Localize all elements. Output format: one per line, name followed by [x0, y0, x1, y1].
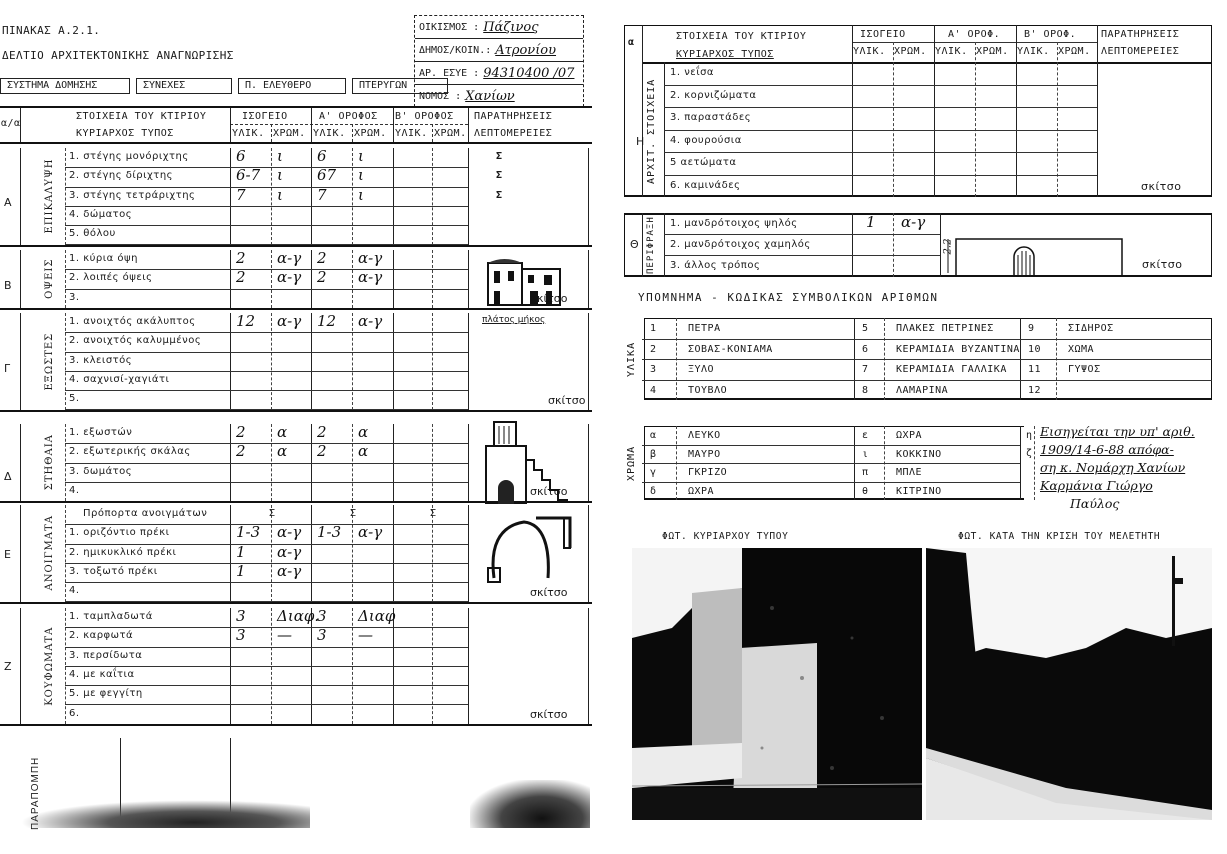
table-row: 4. με καΐτια — [65, 666, 468, 685]
table-row: 1. οριζόντιο πρέκι1-3α-γ1-3α-γ — [65, 524, 468, 543]
table-row: 2. ανοιχτός καλυμμένος — [65, 332, 468, 351]
legend-code: θ — [862, 486, 869, 497]
row-label: 4. — [69, 585, 80, 596]
divider — [468, 313, 469, 410]
table-row: 2. στέγης δίριχτης6-7ι67ιΣ — [65, 167, 468, 186]
row-label: 5. — [69, 393, 80, 404]
material-subheader: ΥΛΙΚ. — [313, 128, 346, 139]
municipality-field: ΔΗΜΟΣ/ΚΟΙΝ.:Ατρονίου — [415, 39, 583, 62]
divider — [588, 505, 589, 602]
color-subheader: ΧΡΩΜ. — [976, 46, 1009, 57]
color-code-cell[interactable]: α-γ — [358, 268, 382, 286]
divider — [642, 445, 1020, 446]
color-subheader: ΧΡΩΜ. — [354, 128, 387, 139]
material-code-cell[interactable]: 2 — [236, 423, 246, 441]
table-row: 2. εξωτερικής σκάλας2α2α — [65, 443, 468, 462]
sketch-label: σκίτσο — [548, 394, 586, 407]
material-subheader: ΥΛΙΚ. — [232, 128, 265, 139]
divider — [468, 148, 469, 245]
divider — [311, 108, 312, 142]
table-row: 3. κλειστός — [65, 352, 468, 371]
colors-group-label: ΧΡΩΜΑ — [626, 438, 637, 488]
material-code-cell[interactable]: 2 — [317, 423, 327, 441]
color-code-cell[interactable]: ι — [277, 166, 283, 184]
elements-header: ΣΤΟΙΧΕΙΑ ΤΟΥ ΚΤΙΡΙΟΥ — [676, 31, 806, 42]
row-label: 2. λοιπές όψεις — [69, 272, 153, 283]
row-label: 1. ανοιχτός ακάλυπτος — [69, 316, 196, 327]
openings-subheader: Πρόπορτα ανοιγμάτων — [83, 508, 207, 519]
legend-material-name: ΞΥΛΟ — [688, 364, 714, 375]
color-code-cell[interactable]: α-γ — [358, 523, 382, 541]
divider — [0, 106, 592, 108]
opening-arch-sketch — [484, 508, 574, 590]
material-code-cell[interactable]: 2 — [236, 442, 246, 460]
second-floor-header: Β' ΟΡΟΦΟΣ — [395, 111, 454, 122]
divider — [230, 108, 231, 142]
material-code-cell[interactable]: 1-3 — [236, 523, 260, 541]
row-label: 2. μανδρότοιχος χαμηλός — [670, 239, 811, 250]
handwritten-note-line: ση κ. Νομάρχη Χανίων — [1040, 460, 1185, 475]
divider — [20, 108, 21, 142]
section-letter: Θ — [630, 238, 639, 251]
divider — [393, 108, 394, 142]
divider — [271, 124, 272, 142]
right-page: αΣΤΟΙΧΕΙΑ ΤΟΥ ΚΤΙΡΙΟΥΚΥΡΙΑΡΧΟΣ ΤΥΠΟΣΙΣΟΓ… — [622, 0, 1227, 854]
legend-code: ζ — [1026, 448, 1033, 459]
details-header: ΛΕΠΤΟΜΕΡΕΙΕΣ — [1101, 46, 1179, 57]
legend-color-name: ΛΕΥΚΟ — [688, 430, 721, 441]
legend-material-name: ΣΟΒΑΣ-ΚΟΝΙΑΜΑ — [688, 344, 773, 355]
divider — [20, 313, 21, 410]
sketch-label: σκίτσο — [530, 708, 568, 721]
table-row: 2. καρφωτά3—3— — [65, 627, 468, 646]
first-floor-header: Α' ΟΡΟΦΟΣ — [319, 111, 378, 122]
legend-code: 3 — [650, 364, 657, 375]
facade-sketch — [484, 255, 564, 307]
legend-color-name: ΜΑΥΡΟ — [688, 449, 721, 460]
table-row: 3. στέγης τετράριχτης7ι7ιΣ — [65, 187, 468, 206]
material-code-cell[interactable]: 3 — [317, 626, 327, 644]
dominant-type-header: ΚΥΡΙΑΡΧΟΣ ΤΥΠΟΣ — [76, 128, 174, 139]
system-option-continuous[interactable]: ΣΥΝΕΧΕΣ — [136, 78, 232, 94]
legend-material-name: ΛΑΜΑΡΙΝΑ — [896, 385, 948, 396]
row-label: 1. ταμπλαδωτά — [69, 611, 153, 622]
color-code-cell[interactable]: α-γ — [277, 562, 301, 580]
legend-material-name: ΣΙΔΗΡΟΣ — [1068, 323, 1114, 334]
table-row: 2. μανδρότοιχος χαμηλός — [664, 234, 940, 255]
legend-title: ΥΠΟΜΝΗΜΑ - ΚΩΔΙΚΑΣ ΣΥΜΒΟΛΙΚΩΝ ΑΡΙΘΜΩΝ — [638, 291, 939, 304]
row-label: 6. — [69, 708, 80, 719]
esye-value: 94310400 /07 — [483, 66, 574, 81]
divider — [1097, 25, 1098, 197]
row-label: 6. καμινάδες — [670, 180, 741, 191]
row-label: 1. νεΐσα — [670, 67, 714, 78]
balcony-sketch — [484, 420, 574, 504]
wall-sketch — [942, 233, 1132, 277]
ao-header: α — [628, 37, 635, 48]
color-code-cell[interactable]: α — [277, 442, 287, 460]
settlement-label: ΟΙΚΙΣΜΟΣ : — [419, 22, 479, 33]
divider — [432, 124, 433, 142]
divider — [0, 410, 592, 412]
system-option-free[interactable]: Π. ΕΛΕΥΘΕΡΟ — [238, 78, 346, 94]
ao-header: α/α — [1, 118, 21, 129]
row-label: 1. εξωστών — [69, 427, 132, 438]
material-code-cell[interactable]: 67 — [317, 166, 336, 184]
row-label: 5. με φεγγίτη — [69, 688, 143, 699]
row-label: 4. φουρούσια — [670, 135, 742, 146]
row-label: 2. εξωτερικής σκάλας — [69, 446, 191, 457]
photo-researcher-choice — [926, 548, 1212, 820]
color-code-cell[interactable]: ι — [358, 186, 364, 204]
legend-code: ε — [862, 430, 869, 441]
row-label: 3. κλειστός — [69, 355, 132, 366]
material-code-cell[interactable]: 1-3 — [317, 523, 341, 541]
divider — [1034, 426, 1035, 500]
color-code-cell[interactable]: α-γ — [277, 523, 301, 541]
legend-code: π — [862, 467, 869, 478]
prefecture-value: Χανίων — [465, 89, 515, 104]
divider — [468, 505, 469, 602]
divider — [588, 250, 589, 308]
divider — [0, 308, 592, 310]
remark-mark: Σ — [496, 151, 503, 162]
legend-code: 8 — [862, 385, 869, 396]
first-floor-header: Α' ΟΡΟΦ. — [948, 29, 1000, 40]
photo-dominant-type — [632, 548, 922, 820]
table-row: 6. καμινάδες — [664, 175, 1097, 198]
material-subheader: ΥΛΙΚ. — [1017, 46, 1050, 57]
legend-code: 11 — [1028, 364, 1041, 375]
section-letter: Δ — [4, 470, 12, 483]
row-label: 3. — [69, 292, 80, 303]
color-code-cell[interactable]: Διαφ. — [277, 607, 319, 625]
material-code-cell[interactable]: 6-7 — [236, 166, 260, 184]
table-row: 4. δώματος — [65, 206, 468, 225]
divider — [20, 148, 21, 245]
table-row: 1. ταμπλαδωτά3Διαφ.3Διαφ — [65, 608, 468, 627]
remarks-header: ΠΑΡΑΤΗΡΗΣΕΙΣ — [1101, 29, 1179, 40]
material-code-cell[interactable]: 2 — [317, 249, 327, 267]
legend-code: 5 — [862, 323, 869, 334]
divider — [1020, 426, 1021, 500]
legend-color-name: ΓΚΡΙΖΟ — [688, 467, 727, 478]
row-label: 3. παραστάδες — [670, 112, 751, 123]
row-label: 4. δώματος — [69, 209, 132, 220]
row-label: 3. δωμάτος — [69, 466, 132, 477]
table-row: 5 αετώματα — [664, 152, 1097, 175]
section-group-label: ΑΝΟΙΓΜΑΤΑ — [44, 509, 55, 598]
divider — [642, 380, 1212, 381]
subheader-mark: Σ — [350, 508, 357, 519]
row-label: 1. στέγης μονόριχτης — [69, 151, 189, 162]
legend-color-name: ΜΠΛΕ — [896, 467, 922, 478]
row-label: 3. περσίδωτα — [69, 650, 142, 661]
material-code-cell[interactable]: 1 — [236, 562, 246, 580]
legend-code: 6 — [862, 344, 869, 355]
form-title: ΔΕΛΤΙΟ ΑΡΧΙΤΕΚΤΟΝΙΚΗΣ ΑΝΑΓΝΩΡΙΣΗΣ — [2, 49, 234, 62]
material-code-cell[interactable]: 6 — [317, 147, 327, 165]
legend-material-name: ΚΕΡΑΜΙΔΙΑ ΓΑΛΛΙΚΑ — [896, 364, 1007, 375]
table-row: 3. άλλος τρόπος — [664, 255, 940, 276]
dominant-type-header: ΚΥΡΙΑΡΧΟΣ ΤΥΠΟΣ — [676, 49, 774, 60]
table-row: 4. — [65, 582, 468, 601]
divider — [20, 250, 21, 308]
material-code-cell[interactable]: 2 — [317, 442, 327, 460]
row-label: 2. ημικυκλικό πρέκι — [69, 547, 176, 558]
row-label: 1. κύρια όψη — [69, 253, 138, 264]
row-label: 5 αετώματα — [670, 157, 737, 168]
table-row: 5. με φεγγίτη — [65, 685, 468, 704]
wall-height-mark: 2.2 — [942, 239, 953, 255]
legend-code: 2 — [650, 344, 657, 355]
divider — [468, 608, 469, 724]
legend-code: 7 — [862, 364, 869, 375]
row-label: 3. στέγης τετράριχτης — [69, 190, 195, 201]
legend-material-name: ΠΕΤΡΑ — [688, 323, 721, 334]
handwritten-note-line: Παύλος — [1070, 496, 1119, 511]
color-code-cell[interactable]: α-γ — [358, 312, 382, 330]
legend-color-name: ΚΙΤΡΙΝΟ — [896, 486, 942, 497]
remark-mark: Σ — [496, 170, 503, 181]
photo-caption-dominant: ΦΩΤ. ΚΥΡΙΑΡΧΟΥ ΤΥΠΟΥ — [662, 531, 788, 542]
section-group-label: ΕΠΙΚΑΛΥΨΗ — [44, 152, 55, 241]
details-header: ΛΕΠΤΟΜΕΡΕΙΕΣ — [474, 128, 552, 139]
legend-color-name: ΩΧΡΑ — [896, 430, 922, 441]
divider — [642, 359, 1212, 360]
legend-material-name: ΤΟΥΒΛΟ — [688, 385, 727, 396]
legend-material-name: ΠΛΑΚΕΣ ΠΕΤΡΙΝΕΣ — [896, 323, 994, 334]
legend-code: ι — [862, 449, 869, 460]
photo-bleed — [470, 780, 590, 828]
legend-code: 1 — [650, 323, 657, 334]
street-photo-image — [926, 548, 1212, 820]
color-subheader: ΧΡΩΜ. — [1058, 46, 1091, 57]
divider — [588, 608, 589, 724]
material-code-cell[interactable]: 12 — [317, 312, 336, 330]
sketch-label: σκίτσο — [1142, 258, 1183, 271]
municipality-value: Ατρονίου — [495, 43, 556, 58]
table-row: 5. — [65, 390, 468, 409]
section-group-label: ΟΨΕΙΣ — [44, 254, 55, 304]
legend-code: 4 — [650, 385, 657, 396]
color-code-cell[interactable]: α-γ — [358, 249, 382, 267]
row-label: 1. οριζόντιο πρέκι — [69, 527, 169, 538]
legend-code: η — [1026, 430, 1033, 441]
subheader-mark: Σ — [430, 508, 437, 519]
photo-bleed — [20, 800, 310, 828]
row-label: 2. καρφωτά — [69, 630, 133, 641]
row-label: 5. θόλου — [69, 228, 116, 239]
table-row: 4. σαχνισί-χαγιάτι — [65, 371, 468, 390]
table-row: 2. λοιπές όψεις2α-γ2α-γ — [65, 269, 468, 288]
handwritten-note-line: Εισηγείται την υπ' αριθ. — [1040, 424, 1195, 439]
row-label: 4. με καΐτια — [69, 669, 135, 680]
row-label: 3. τοξωτό πρέκι — [69, 566, 158, 577]
handwritten-note-line: 1909/14-6-88 απόφα- — [1040, 442, 1174, 457]
legend-material-name: ΧΩΜΑ — [1068, 344, 1094, 355]
table-row: 4. φουρούσια — [664, 130, 1097, 153]
legend-code: β — [650, 449, 657, 460]
subheader-mark: Σ — [269, 508, 276, 519]
color-code-cell[interactable]: — — [277, 626, 292, 644]
color-code-cell[interactable]: Διαφ — [358, 607, 395, 625]
table-row: 1. ανοιχτός ακάλυπτος12α-γ12α-γ — [65, 313, 468, 332]
remark-mark: Σ — [496, 190, 503, 201]
color-subheader: ΧΡΩΜ. — [894, 46, 927, 57]
material-code-cell[interactable]: 12 — [236, 312, 255, 330]
color-code-cell[interactable]: ι — [277, 186, 283, 204]
building-photo-image — [632, 548, 922, 820]
legend-code: 9 — [1028, 323, 1035, 334]
color-subheader: ΧΡΩΜ. — [434, 128, 467, 139]
material-code-cell[interactable]: 3 — [236, 626, 246, 644]
handwritten-note-line: Καρμάνια Γιώργο — [1040, 478, 1153, 493]
left-page: ΠΙΝΑΚΑΣ Α.2.1. ΔΕΛΤΙΟ ΑΡΧΙΤΕΚΤΟΝΙΚΗΣ ΑΝΑ… — [0, 0, 600, 854]
color-code-cell[interactable]: ι — [277, 147, 283, 165]
legend-color-name: ΩΧΡΑ — [688, 486, 714, 497]
divider — [0, 724, 592, 726]
row-label: 4. — [69, 485, 80, 496]
divider — [588, 313, 589, 410]
divider — [468, 424, 469, 501]
legend-material-name: ΓΥΨΟΣ — [1068, 364, 1101, 375]
table-row: 1. κύρια όψη2α-γ2α-γ — [65, 250, 468, 269]
second-floor-header: Β' ΟΡΟΦ. — [1024, 29, 1076, 40]
divider — [588, 424, 589, 501]
material-subheader: ΥΛΙΚ. — [935, 46, 968, 57]
section-letter: Ζ — [4, 660, 12, 673]
row-label: 3. άλλος τρόπος — [670, 260, 760, 271]
legend-code: α — [650, 430, 657, 441]
divider — [20, 608, 21, 724]
row-label: 2. στέγης δίριχτης — [69, 170, 173, 181]
legend-code: 10 — [1028, 344, 1041, 355]
divider — [352, 124, 353, 142]
color-code-cell[interactable]: — — [358, 626, 373, 644]
divider — [642, 25, 643, 197]
table-row: 6. — [65, 705, 468, 724]
divider — [20, 505, 21, 602]
material-code-cell[interactable]: 2 — [236, 249, 246, 267]
material-code-cell[interactable]: 1 — [866, 213, 876, 231]
ground-floor-header: ΙΣΟΓΕΙΟ — [242, 111, 288, 122]
section-letter: Α — [4, 196, 12, 209]
table-row: 3. τοξωτό πρέκι1α-γ — [65, 563, 468, 582]
table-row: 1. νεΐσα — [664, 62, 1097, 85]
material-code-cell[interactable]: 7 — [317, 186, 327, 204]
ground-floor-header: ΙΣΟΓΕΙΟ — [860, 29, 906, 40]
color-code-cell[interactable]: α — [358, 442, 368, 460]
color-code-cell[interactable]: α-γ — [901, 213, 925, 231]
color-code-cell[interactable]: ι — [358, 166, 364, 184]
divider — [0, 602, 592, 604]
divider — [588, 148, 589, 245]
material-code-cell[interactable]: 1 — [236, 543, 246, 561]
esye-label: ΑΡ. ΕΣΥΕ : — [419, 68, 479, 79]
section-group-label: ΕΞΩΣΤΕΣ — [44, 317, 55, 406]
width-length-label: πλάτος μήκος — [482, 315, 545, 325]
table-row: 3. δωμάτος — [65, 463, 468, 482]
table-row: 2. ημικυκλικό πρέκι1α-γ — [65, 544, 468, 563]
material-code-cell[interactable]: 3 — [317, 607, 327, 625]
legend-material-name: ΚΕΡΑΜΙΔΙΑ ΒΥΖΑΝΤΙΝΑ — [896, 344, 1020, 355]
settlement-value: Πάζινος — [483, 20, 538, 35]
table-number: ΠΙΝΑΚΑΣ Α.2.1. — [2, 24, 100, 37]
table-row: 1. μανδρότοιχος ψηλός1α-γ — [664, 213, 940, 234]
row-label: 2. κορνιζώματα — [670, 90, 756, 101]
legend-color-name: ΚΟΚΚΙΝΟ — [896, 449, 942, 460]
table-row: 1. στέγης μονόριχτης6ι6ιΣ — [65, 148, 468, 167]
legend-code: δ — [650, 486, 657, 497]
color-code-cell[interactable]: α-γ — [277, 249, 301, 267]
system-option-wings[interactable]: ΠΤΕΡΥΓΩΝ — [352, 78, 448, 94]
divider — [642, 339, 1212, 340]
settlement-field: ΟΙΚΙΣΜΟΣ :Πάζινος — [415, 16, 583, 39]
materials-group-label: ΥΛΙΚΑ — [626, 334, 637, 384]
table-row: 2. κορνιζώματα — [664, 85, 1097, 108]
divider — [642, 463, 1020, 464]
elements-header: ΣΤΟΙΧΕΙΑ ΤΟΥ ΚΤΙΡΙΟΥ — [76, 111, 206, 122]
material-code-cell[interactable]: 2 — [236, 268, 246, 286]
material-subheader: ΥΛΙΚ. — [853, 46, 886, 57]
table-row: 3. παραστάδες — [664, 107, 1097, 130]
table-row: 3. περσίδωτα — [65, 647, 468, 666]
row-label: 4. σαχνισί-χαγιάτι — [69, 374, 169, 385]
color-code-cell[interactable]: ι — [358, 147, 364, 165]
system-label: ΣΥΣΤΗΜΑ ΔΟΜΗΣΗΣ — [0, 78, 130, 94]
section-group-label: ΣΤΗΘΑΙΑ — [44, 428, 55, 497]
section-letter: Γ — [4, 362, 10, 375]
divider — [642, 213, 643, 277]
row-label: 1. μανδρότοιχος ψηλός — [670, 218, 798, 229]
color-code-cell[interactable]: α-γ — [277, 312, 301, 330]
color-code-cell[interactable]: α-γ — [277, 543, 301, 561]
divider — [0, 245, 592, 247]
section-letter: Β — [4, 279, 12, 292]
divider — [468, 250, 469, 308]
divider — [20, 424, 21, 501]
section-group-label: ΚΟΥΦΩΜΑΤΑ — [44, 612, 55, 720]
color-code-cell[interactable]: α — [358, 423, 368, 441]
municipality-label: ΔΗΜΟΣ/ΚΟΙΝ.: — [419, 45, 491, 56]
material-code-cell[interactable]: 3 — [236, 607, 246, 625]
table-row: 5. θόλου — [65, 225, 468, 244]
divider — [940, 213, 941, 277]
section-letter: Η — [636, 135, 645, 148]
color-code-cell[interactable]: α — [277, 423, 287, 441]
sketch-label: σκίτσο — [1141, 180, 1182, 193]
section-group-label: ΑΡΧΙΤ. ΣΤΟΙΧΕΙΑ — [646, 67, 657, 195]
divider — [642, 482, 1020, 483]
material-code-cell[interactable]: 7 — [236, 186, 246, 204]
material-code-cell[interactable]: 6 — [236, 147, 246, 165]
table-row: 1. εξωστών2α2α — [65, 424, 468, 443]
legend-code: 12 — [1028, 385, 1041, 396]
material-code-cell[interactable]: 2 — [317, 268, 327, 286]
section-group-label: ΠΕΡΙΦΡΑΞΗ — [646, 216, 656, 274]
color-subheader: ΧΡΩΜ. — [273, 128, 306, 139]
table-row: 3. — [65, 289, 468, 308]
color-code-cell[interactable]: α-γ — [277, 268, 301, 286]
legend-code: γ — [650, 467, 657, 478]
remarks-header: ΠΑΡΑΤΗΡΗΣΕΙΣ — [474, 111, 552, 122]
divider — [468, 108, 469, 142]
divider — [0, 142, 592, 144]
section-letter: Ε — [4, 548, 11, 561]
table-row: 4. — [65, 482, 468, 501]
material-subheader: ΥΛΙΚ. — [395, 128, 428, 139]
